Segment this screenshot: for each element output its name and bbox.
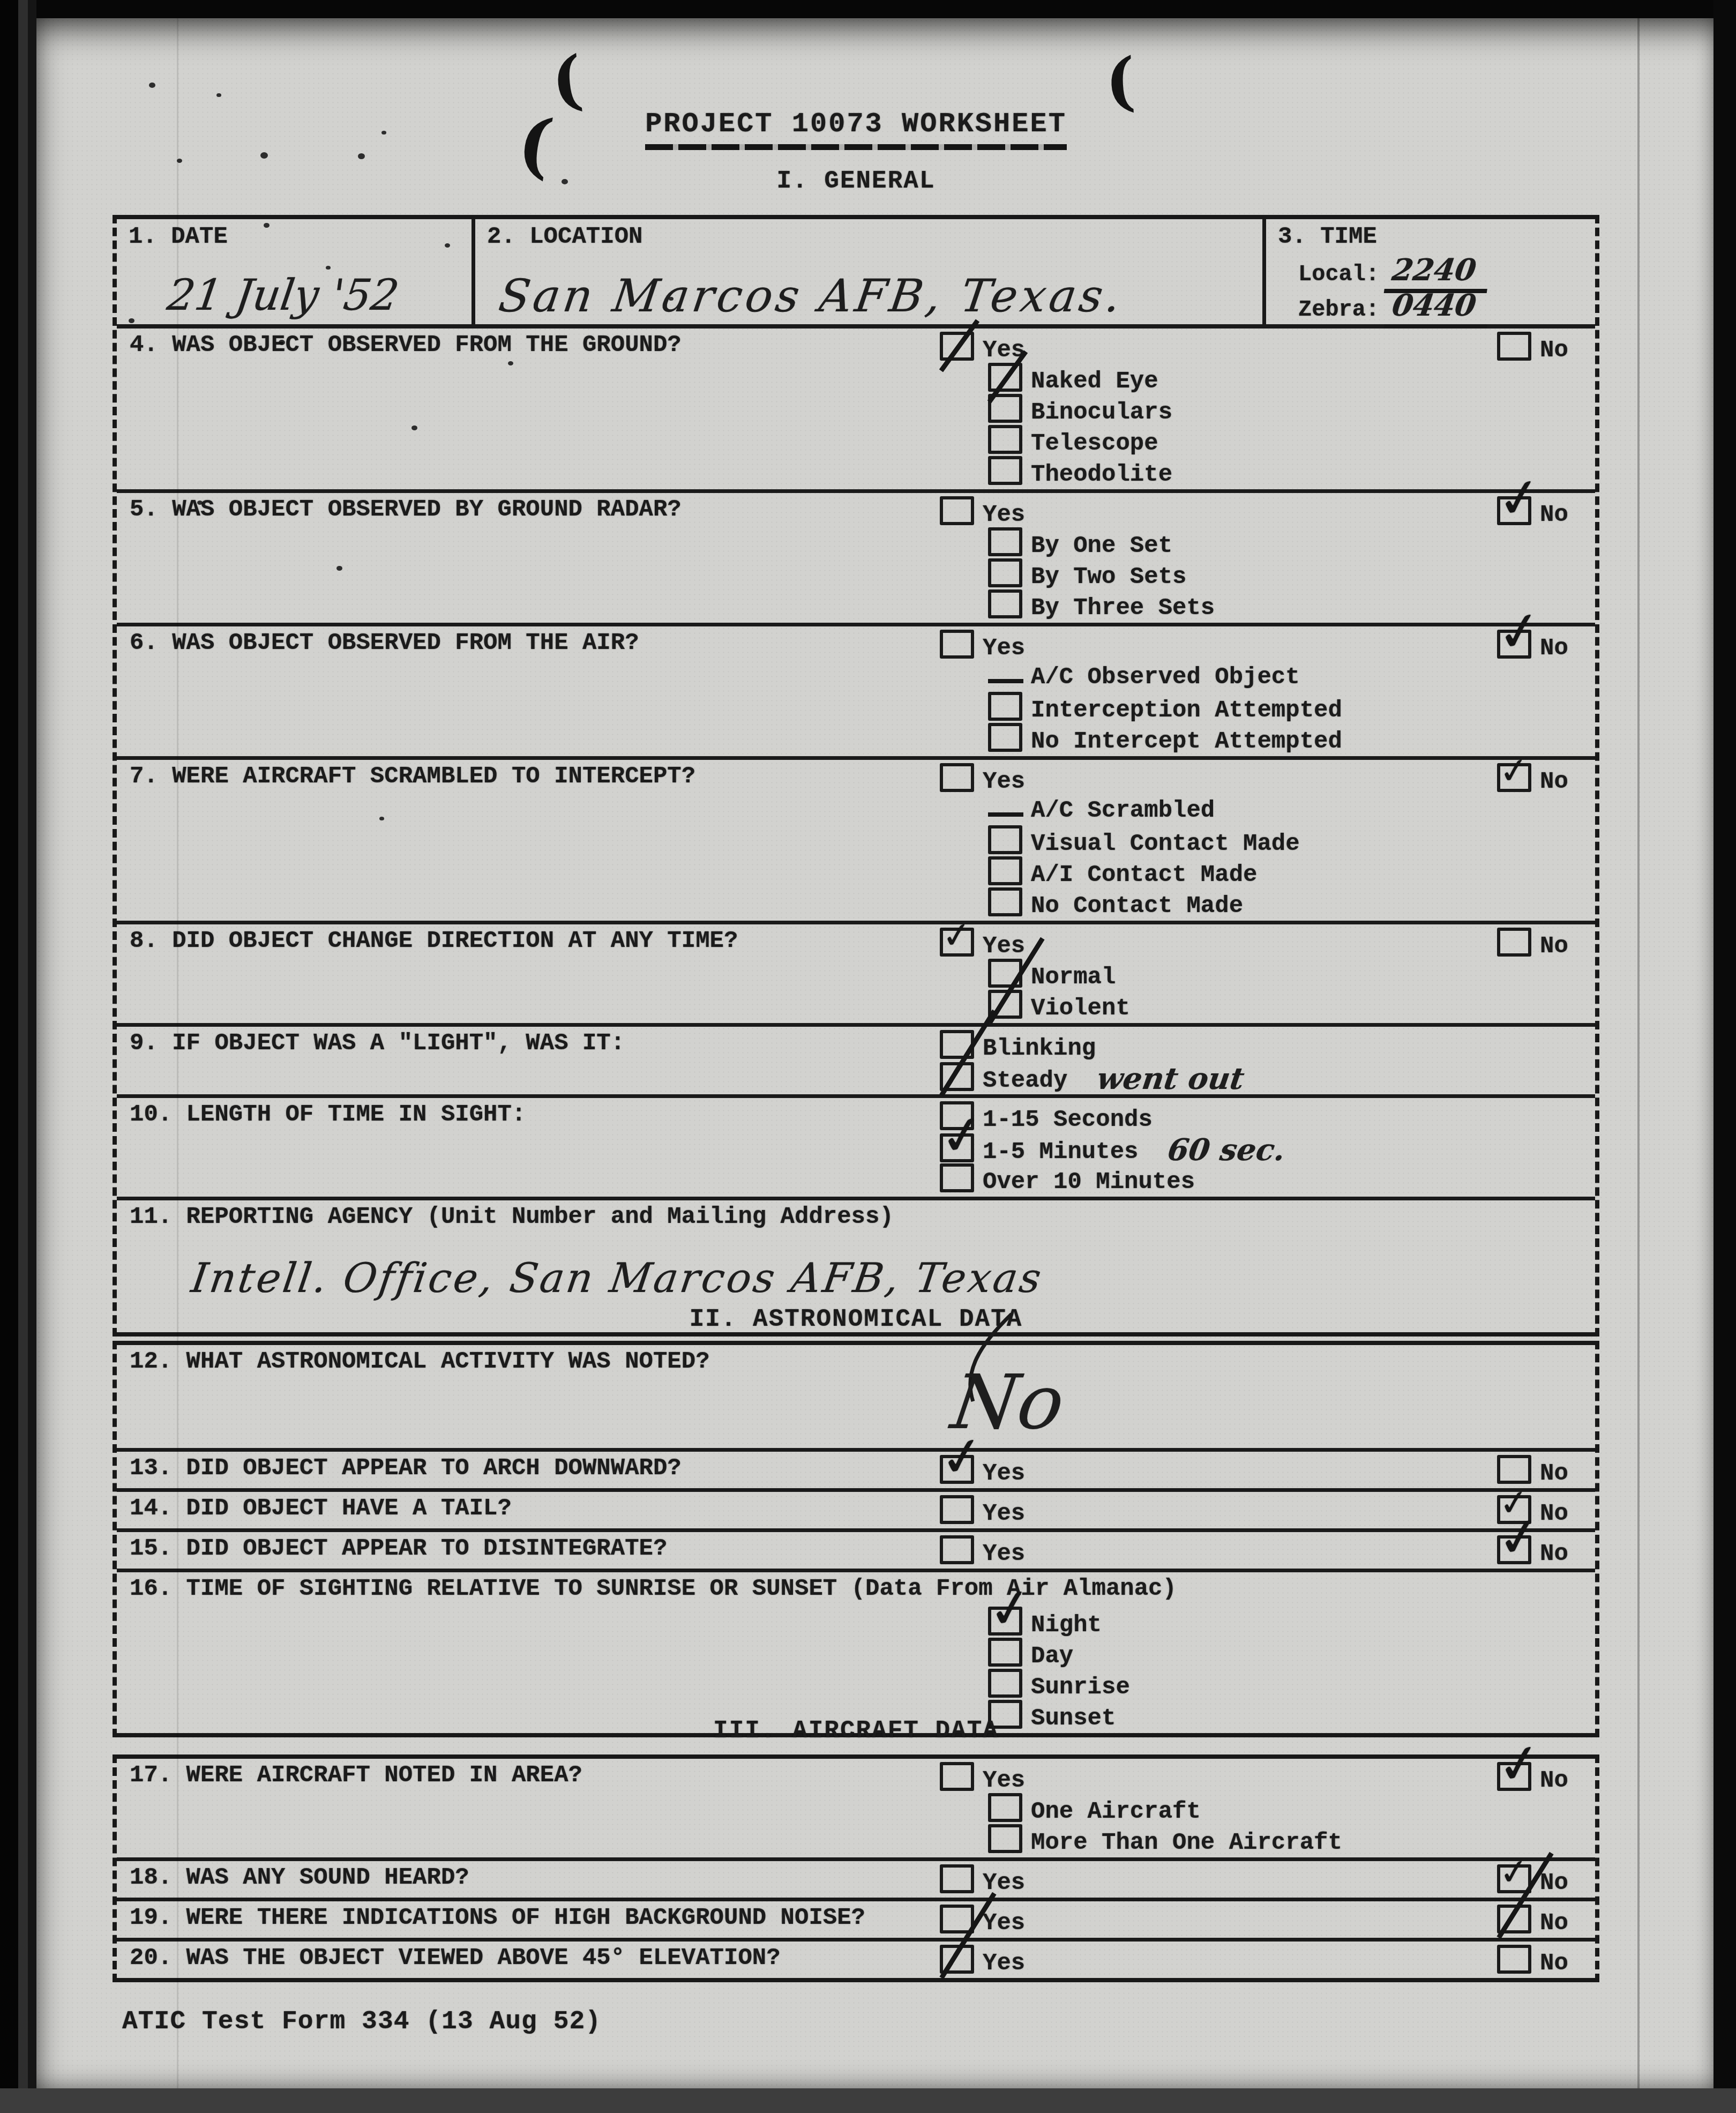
option-label: By Two Sets [1031,564,1186,591]
header-row: 1. DATE 21 July '52 2. LOCATION San Marc… [117,219,1595,328]
scan-fold-line [177,18,178,2089]
ink-speck [358,153,365,159]
option-label: Steady [983,1067,1067,1094]
zebra-label: Zebra: [1298,297,1379,323]
date-value: 21 July '52 [164,270,402,320]
handwritten-annotation: went out [1095,1061,1247,1096]
checkbox [988,363,1022,392]
option-no-intercept-attempted: No Intercept Attempted [988,723,1342,755]
checkbox: ✓ [1497,1762,1531,1791]
checkbox [940,1945,974,1974]
checkmark: ✓ [1493,1508,1545,1567]
option-label: No [1540,1460,1568,1487]
option-label: Yes [983,1910,1025,1937]
checkbox [940,1864,974,1893]
option-night: ✓Night [988,1607,1102,1639]
option-label: No [1540,1910,1568,1937]
option-label: No [1540,1950,1568,1977]
checkbox [1497,1945,1531,1974]
checkbox [940,630,974,659]
question-line: 6. WAS OBJECT OBSERVED FROM THE AIR?Yes✓… [117,629,1595,660]
form-number: ATIC Test Form 334 (13 Aug 52) [122,2007,601,2036]
option-label: Yes [983,933,1025,960]
option-label: Telescope [1031,430,1158,457]
ink-speck [336,566,342,571]
question-rows: 12. WHAT ASTRONOMICAL ACTIVITY WAS NOTED… [117,1345,1595,1733]
option-label: Interception Attempted [1031,697,1342,724]
ink-speck [326,266,331,270]
option-visual-contact-made: Visual Contact Made [988,825,1300,857]
handwritten-value: Intell. Office, San Marcos AFB, Texas [189,1254,1046,1302]
option-label: A/C Scrambled [1031,797,1215,824]
question-row-10: 10. LENGTH OF TIME IN SIGHT:1-15 Seconds… [117,1094,1595,1197]
option-a-c-scrambled: A/C Scrambled [988,794,1215,824]
checkmark: ✓ [1493,602,1545,662]
question-text: 20. WAS THE OBJECT VIEWED ABOVE 45° ELEV… [130,1945,781,1972]
question-row-17: 17. WERE AIRCRAFT NOTED IN AREA?Yes✓NoOn… [117,1759,1595,1857]
ink-speck [508,361,513,365]
option-theodolite: Theodolite [988,456,1172,488]
option-label: Day [1031,1643,1073,1670]
option-line: ✓1-5 Minutes60 sec. [117,1131,1595,1162]
option-label: A/C Observed Object [1031,664,1300,691]
ink-speck [197,501,203,505]
zebra-time-value: 0440 [1384,288,1493,328]
option-label: No [1540,1870,1568,1897]
option-line: Telescope [117,424,1595,455]
yes-option: Yes [940,1535,1025,1567]
option-label: By One Set [1031,533,1172,559]
option-more-than-one-aircraft: More Than One Aircraft [988,1824,1342,1856]
option-line: By Three Sets [117,588,1595,619]
option-day: Day [988,1638,1073,1670]
time-cell: 3. TIME Local:2240 Zebra:0440 [1262,219,1595,324]
question-line: 17. WERE AIRCRAFT NOTED IN AREA?Yes✓No [117,1761,1595,1792]
section-general-table: 1. DATE 21 July '52 2. LOCATION San Marc… [113,215,1599,1337]
scan-edge-bottom [0,2088,1736,2113]
option-label: One Aircraft [1031,1798,1201,1825]
option-label: Yes [983,1950,1025,1977]
checkbox [988,589,1022,618]
checkmark: ✓ [936,1106,988,1166]
option-label: No Contact Made [1031,893,1243,920]
option-by-three-sets: By Three Sets [988,589,1215,622]
no-option: ✓No [1497,763,1568,795]
yes-option: ✓Yes [940,1455,1025,1487]
option-label: More Than One Aircraft [1031,1830,1342,1856]
option-label: Yes [983,1500,1025,1527]
question-row-8: 8. DID OBJECT CHANGE DIRECTION AT ANY TI… [117,921,1595,1023]
question-row-15: 15. DID OBJECT APPEAR TO DISINTEGRATE?Ye… [117,1528,1595,1569]
question-line: 8. DID OBJECT CHANGE DIRECTION AT ANY TI… [117,927,1595,958]
option-naked-eye: Naked Eye [988,363,1158,395]
option-line: A/C Scrambled [117,793,1595,824]
option-binoculars: Binoculars [988,394,1172,426]
blank-line [988,794,1023,817]
checkbox: ✓ [1497,763,1531,792]
option-label: A/I Contact Made [1031,862,1257,888]
option-line: By One Set [117,526,1595,557]
question-text: 18. WAS ANY SOUND HEARD? [130,1864,469,1891]
no-option: No [1497,1945,1568,1977]
checkbox [988,856,1022,885]
ink-speck [411,425,417,430]
question-line: 7. WERE AIRCRAFT SCRAMBLED TO INTERCEPT?… [117,762,1595,793]
scan-fold-line [1637,18,1640,2089]
checkbox [988,1793,1022,1822]
checkbox [940,763,974,792]
blank-line [988,661,1023,683]
ink-speck [445,243,450,248]
local-time-line: Local:2240 [1298,252,1490,293]
question-line: 19. WERE THERE INDICATIONS OF HIGH BACKG… [117,1903,1595,1935]
checkbox [940,496,974,525]
option-label: By Three Sets [1031,595,1215,622]
option-label: Yes [983,502,1025,528]
checkbox [988,456,1022,485]
question-line: 9. IF OBJECT WAS A "LIGHT", WAS IT:Blink… [117,1029,1595,1060]
option-steady: Steadywent out [940,1061,1244,1096]
no-option: ✓No [1497,630,1568,662]
yes-option: Yes [940,1495,1025,1527]
question-text: 8. DID OBJECT CHANGE DIRECTION AT ANY TI… [130,928,738,954]
option-label: Over 10 Minutes [983,1169,1195,1196]
option-label: Yes [983,635,1025,662]
option-line: By Two Sets [117,557,1595,588]
checkbox: ✓ [1497,496,1531,525]
option-label: 1-5 Minutes [983,1139,1138,1166]
option-line: Theodolite [117,455,1595,486]
section-astronomical-table: 12. WHAT ASTRONOMICAL ACTIVITY WAS NOTED… [113,1341,1599,1737]
ink-speck [177,159,182,163]
checkbox [988,1669,1022,1698]
yes-option: Yes [940,496,1025,528]
checkmark: ✓ [936,1428,988,1487]
scan-edge-top [0,0,1736,18]
option-line: Steadywent out [117,1060,1595,1091]
option-line: No Intercept Attempted [117,722,1595,753]
option-line: ✓Night [117,1606,1595,1637]
option-label: No [1540,768,1568,795]
question-text: 13. DID OBJECT APPEAR TO ARCH DOWNWARD? [130,1455,682,1482]
ink-speck [669,297,674,301]
scan-edge-left [0,0,36,2113]
option-line: Day [117,1637,1595,1668]
checkbox [1497,1905,1531,1933]
option-label: Yes [983,768,1025,795]
ink-speck [381,131,386,135]
option-line: Binoculars [117,393,1595,424]
no-option: No [1497,332,1568,364]
checkbox: ✓ [1497,1535,1531,1564]
yes-option: Yes [940,1864,1025,1897]
option-label: Sunrise [1031,1674,1130,1701]
option-one-aircraft: One Aircraft [988,1793,1201,1825]
option-normal: Normal [988,959,1116,991]
checkbox [988,1824,1022,1853]
checkbox [988,425,1022,454]
question-line: 11. REPORTING AGENCY (Unit Number and Ma… [117,1203,1595,1234]
option-label: Yes [983,1767,1025,1794]
question-text: 6. WAS OBJECT OBSERVED FROM THE AIR? [130,630,639,656]
option-line: Violent [117,989,1595,1020]
checkbox [988,723,1022,752]
checkbox [940,1062,974,1091]
option-label: Visual Contact Made [1031,831,1300,857]
question-line: 16. TIME OF SIGHTING RELATIVE TO SUNRISE… [117,1574,1595,1606]
no-option: ✓No [1497,496,1568,528]
question-rows: 4. WAS OBJECT OBSERVED FROM THE GROUND?Y… [117,328,1595,1332]
checkbox [988,558,1022,587]
yes-option: Yes [940,763,1025,795]
time-label: 3. TIME [1278,223,1377,250]
question-text: 10. LENGTH OF TIME IN SIGHT: [130,1101,526,1128]
option-a-i-contact-made: A/I Contact Made [988,856,1257,888]
option-label: Naked Eye [1031,368,1158,395]
ink-speck [260,152,268,159]
checkmark: ✓ [1498,1853,1531,1891]
option-label: 1-15 Seconds [983,1107,1153,1133]
yes-option: Yes [940,1945,1025,1977]
question-line: 4. WAS OBJECT OBSERVED FROM THE GROUND?Y… [117,331,1595,362]
option-line: One Aircraft [117,1792,1595,1823]
scan-edge-right [1713,0,1736,2113]
checkbox: ✓ [1497,630,1531,659]
option-line: A/I Contact Made [117,855,1595,886]
ink-speck [149,83,155,88]
option-no-contact-made: No Contact Made [988,887,1243,920]
ink-speck [264,223,270,228]
question-line: 20. WAS THE OBJECT VIEWED ABOVE 45° ELEV… [117,1944,1595,1975]
question-row-16: 16. TIME OF SIGHTING RELATIVE TO SUNRISE… [117,1569,1595,1733]
checkbox [1497,928,1531,957]
option-label: No [1540,933,1568,960]
option-label: Theodolite [1031,461,1172,488]
checkbox [988,692,1022,721]
checkmark: ✓ [940,916,974,954]
checkbox: ✓ [940,1133,974,1162]
option-label: No [1540,1500,1568,1527]
question-row-20: 20. WAS THE OBJECT VIEWED ABOVE 45° ELEV… [117,1938,1595,1978]
checkmark: ✓ [1498,752,1531,790]
checkbox [940,1535,974,1564]
option-label: Binoculars [1031,399,1172,426]
checkbox [940,1495,974,1524]
option-a-c-observed-object: A/C Observed Object [988,661,1300,691]
option-over-10-minutes: Over 10 Minutes [940,1163,1195,1196]
question-line: 5. WAS OBJECT OBSERVED BY GROUND RADAR?Y… [117,495,1595,526]
question-line: 15. DID OBJECT APPEAR TO DISINTEGRATE?Ye… [117,1534,1595,1565]
no-option: No [1497,1905,1568,1937]
option-label: Violent [1031,995,1130,1022]
option-label: Yes [983,1460,1025,1487]
ink-speck [129,318,134,323]
zebra-time-line: Zebra:0440 [1298,288,1490,328]
question-text: 15. DID OBJECT APPEAR TO DISINTEGRATE? [130,1535,667,1562]
question-row-19: 19. WERE THERE INDICATIONS OF HIGH BACKG… [117,1898,1595,1938]
question-text: 14. DID OBJECT HAVE A TAIL? [130,1495,512,1522]
question-line: 10. LENGTH OF TIME IN SIGHT:1-15 Seconds [117,1100,1595,1131]
checkmark: ✓ [984,1579,1036,1639]
location-label: 2. LOCATION [487,223,642,250]
question-line: 13. DID OBJECT APPEAR TO ARCH DOWNWARD?✓… [117,1454,1595,1485]
option-by-two-sets: By Two Sets [988,558,1186,591]
question-text: 11. REPORTING AGENCY (Unit Number and Ma… [130,1204,894,1230]
yes-option: Yes [940,630,1025,662]
option-sunrise: Sunrise [988,1669,1130,1701]
question-row-9: 9. IF OBJECT WAS A "LIGHT", WAS IT:Blink… [117,1023,1595,1094]
option-by-one-set: By One Set [988,527,1172,559]
question-line: 14. DID OBJECT HAVE A TAIL?Yes✓No [117,1494,1595,1525]
question-row-7: 7. WERE AIRCRAFT SCRAMBLED TO INTERCEPT?… [117,756,1595,921]
location-value: San Marcos AFB, Texas. [496,270,1127,322]
checkbox: ✓ [988,1607,1022,1636]
location-cell: 2. LOCATION San Marcos AFB, Texas. [472,219,1266,324]
option-label: Night [1031,1612,1102,1639]
option-label: No [1540,337,1568,364]
ink-speck [379,817,384,820]
checkbox [940,332,974,361]
checkbox: ✓ [940,1455,974,1484]
option-line: A/C Observed Object [117,660,1595,691]
option-line: Naked Eye [117,362,1595,393]
question-row-14: 14. DID OBJECT HAVE A TAIL?Yes✓No [117,1488,1595,1528]
checkbox [1497,1455,1531,1484]
option-label: Yes [983,1870,1025,1897]
section-title-general: I. GENERAL [113,167,1599,195]
checkbox [940,1762,974,1791]
option-line: Interception Attempted [117,691,1595,722]
option-line: Sunrise [117,1668,1595,1699]
option-violent: Violent [988,990,1130,1022]
option-line: Over 10 Minutes [117,1162,1595,1193]
checkbox [988,527,1022,556]
option-label: Normal [1031,964,1116,991]
scanned-document-page: PROJECT 10073 WORKSHEET I. GENERAL 1. DA… [0,0,1736,2113]
no-option: No [1497,928,1568,960]
ink-speck [216,93,221,97]
checkmark: ✓ [1493,1735,1545,1794]
question-row-6: 6. WAS OBJECT OBSERVED FROM THE AIR?Yes✓… [117,623,1595,756]
checkbox [988,887,1022,916]
option-interception-attempted: Interception Attempted [988,692,1342,724]
question-row-13: 13. DID OBJECT APPEAR TO ARCH DOWNWARD?✓… [117,1448,1595,1488]
question-rows: 17. WERE AIRCRAFT NOTED IN AREA?Yes✓NoOn… [117,1759,1595,1978]
checkbox [1497,332,1531,361]
question-text: 17. WERE AIRCRAFT NOTED IN AREA? [130,1762,582,1789]
question-row-4: 4. WAS OBJECT OBSERVED FROM THE GROUND?Y… [117,328,1595,489]
option-line: Visual Contact Made [117,824,1595,855]
ink-speck [279,340,285,345]
section-title-astronomical: II. ASTRONOMICAL DATA [113,1305,1599,1333]
question-text: 7. WERE AIRCRAFT SCRAMBLED TO INTERCEPT? [130,763,695,790]
option-line: Normal [117,958,1595,989]
question-text: 5. WAS OBJECT OBSERVED BY GROUND RADAR? [130,496,682,523]
question-text: 9. IF OBJECT WAS A "LIGHT", WAS IT: [130,1030,625,1057]
checkbox: ✓ [940,928,974,957]
checkbox [988,825,1022,854]
option-label: Blinking [983,1035,1096,1062]
question-text: 4. WAS OBJECT OBSERVED FROM THE GROUND? [130,332,682,359]
section-title-aircraft: III. AIRCRAFT DATA [113,1717,1599,1745]
page-title: PROJECT 10073 WORKSHEET [645,108,1067,150]
no-option: ✓No [1497,1535,1568,1567]
question-row-18: 18. WAS ANY SOUND HEARD?Yes✓No [117,1857,1595,1898]
stray-paren-mark: ( [1103,43,1137,120]
option-label: Yes [983,1541,1025,1567]
question-text: 19. WERE THERE INDICATIONS OF HIGH BACKG… [130,1905,865,1931]
question-text: 12. WHAT ASTRONOMICAL ACTIVITY WAS NOTED… [130,1348,710,1375]
yes-option: Yes [940,1762,1025,1794]
no-option: ✓No [1497,1762,1568,1794]
question-line: 18. WAS ANY SOUND HEARD?Yes✓No [117,1863,1595,1894]
question-row-5: 5. WAS OBJECT OBSERVED BY GROUND RADAR?Y… [117,489,1595,623]
option-label: No Intercept Attempted [1031,728,1342,755]
local-time-value: 2240 [1384,252,1493,293]
yes-option: ✓Yes [940,928,1025,960]
local-label: Local: [1298,262,1379,287]
title-wrap: PROJECT 10073 WORKSHEET [113,108,1599,150]
question-line: 12. WHAT ASTRONOMICAL ACTIVITY WAS NOTED… [117,1347,1595,1378]
option-telescope: Telescope [988,425,1158,457]
yes-option: Yes [940,332,1025,364]
ink-speck [562,179,568,184]
option-line: More Than One Aircraft [117,1823,1595,1854]
question-row-12: 12. WHAT ASTRONOMICAL ACTIVITY WAS NOTED… [117,1345,1595,1448]
checkmark: ✓ [1493,469,1545,528]
paper: PROJECT 10073 WORKSHEET I. GENERAL 1. DA… [36,18,1713,2089]
date-cell: 1. DATE 21 July '52 [117,219,472,324]
section-aircraft-table: 17. WERE AIRCRAFT NOTED IN AREA?Yes✓NoOn… [113,1754,1599,1982]
option-line: No Contact Made [117,886,1595,917]
